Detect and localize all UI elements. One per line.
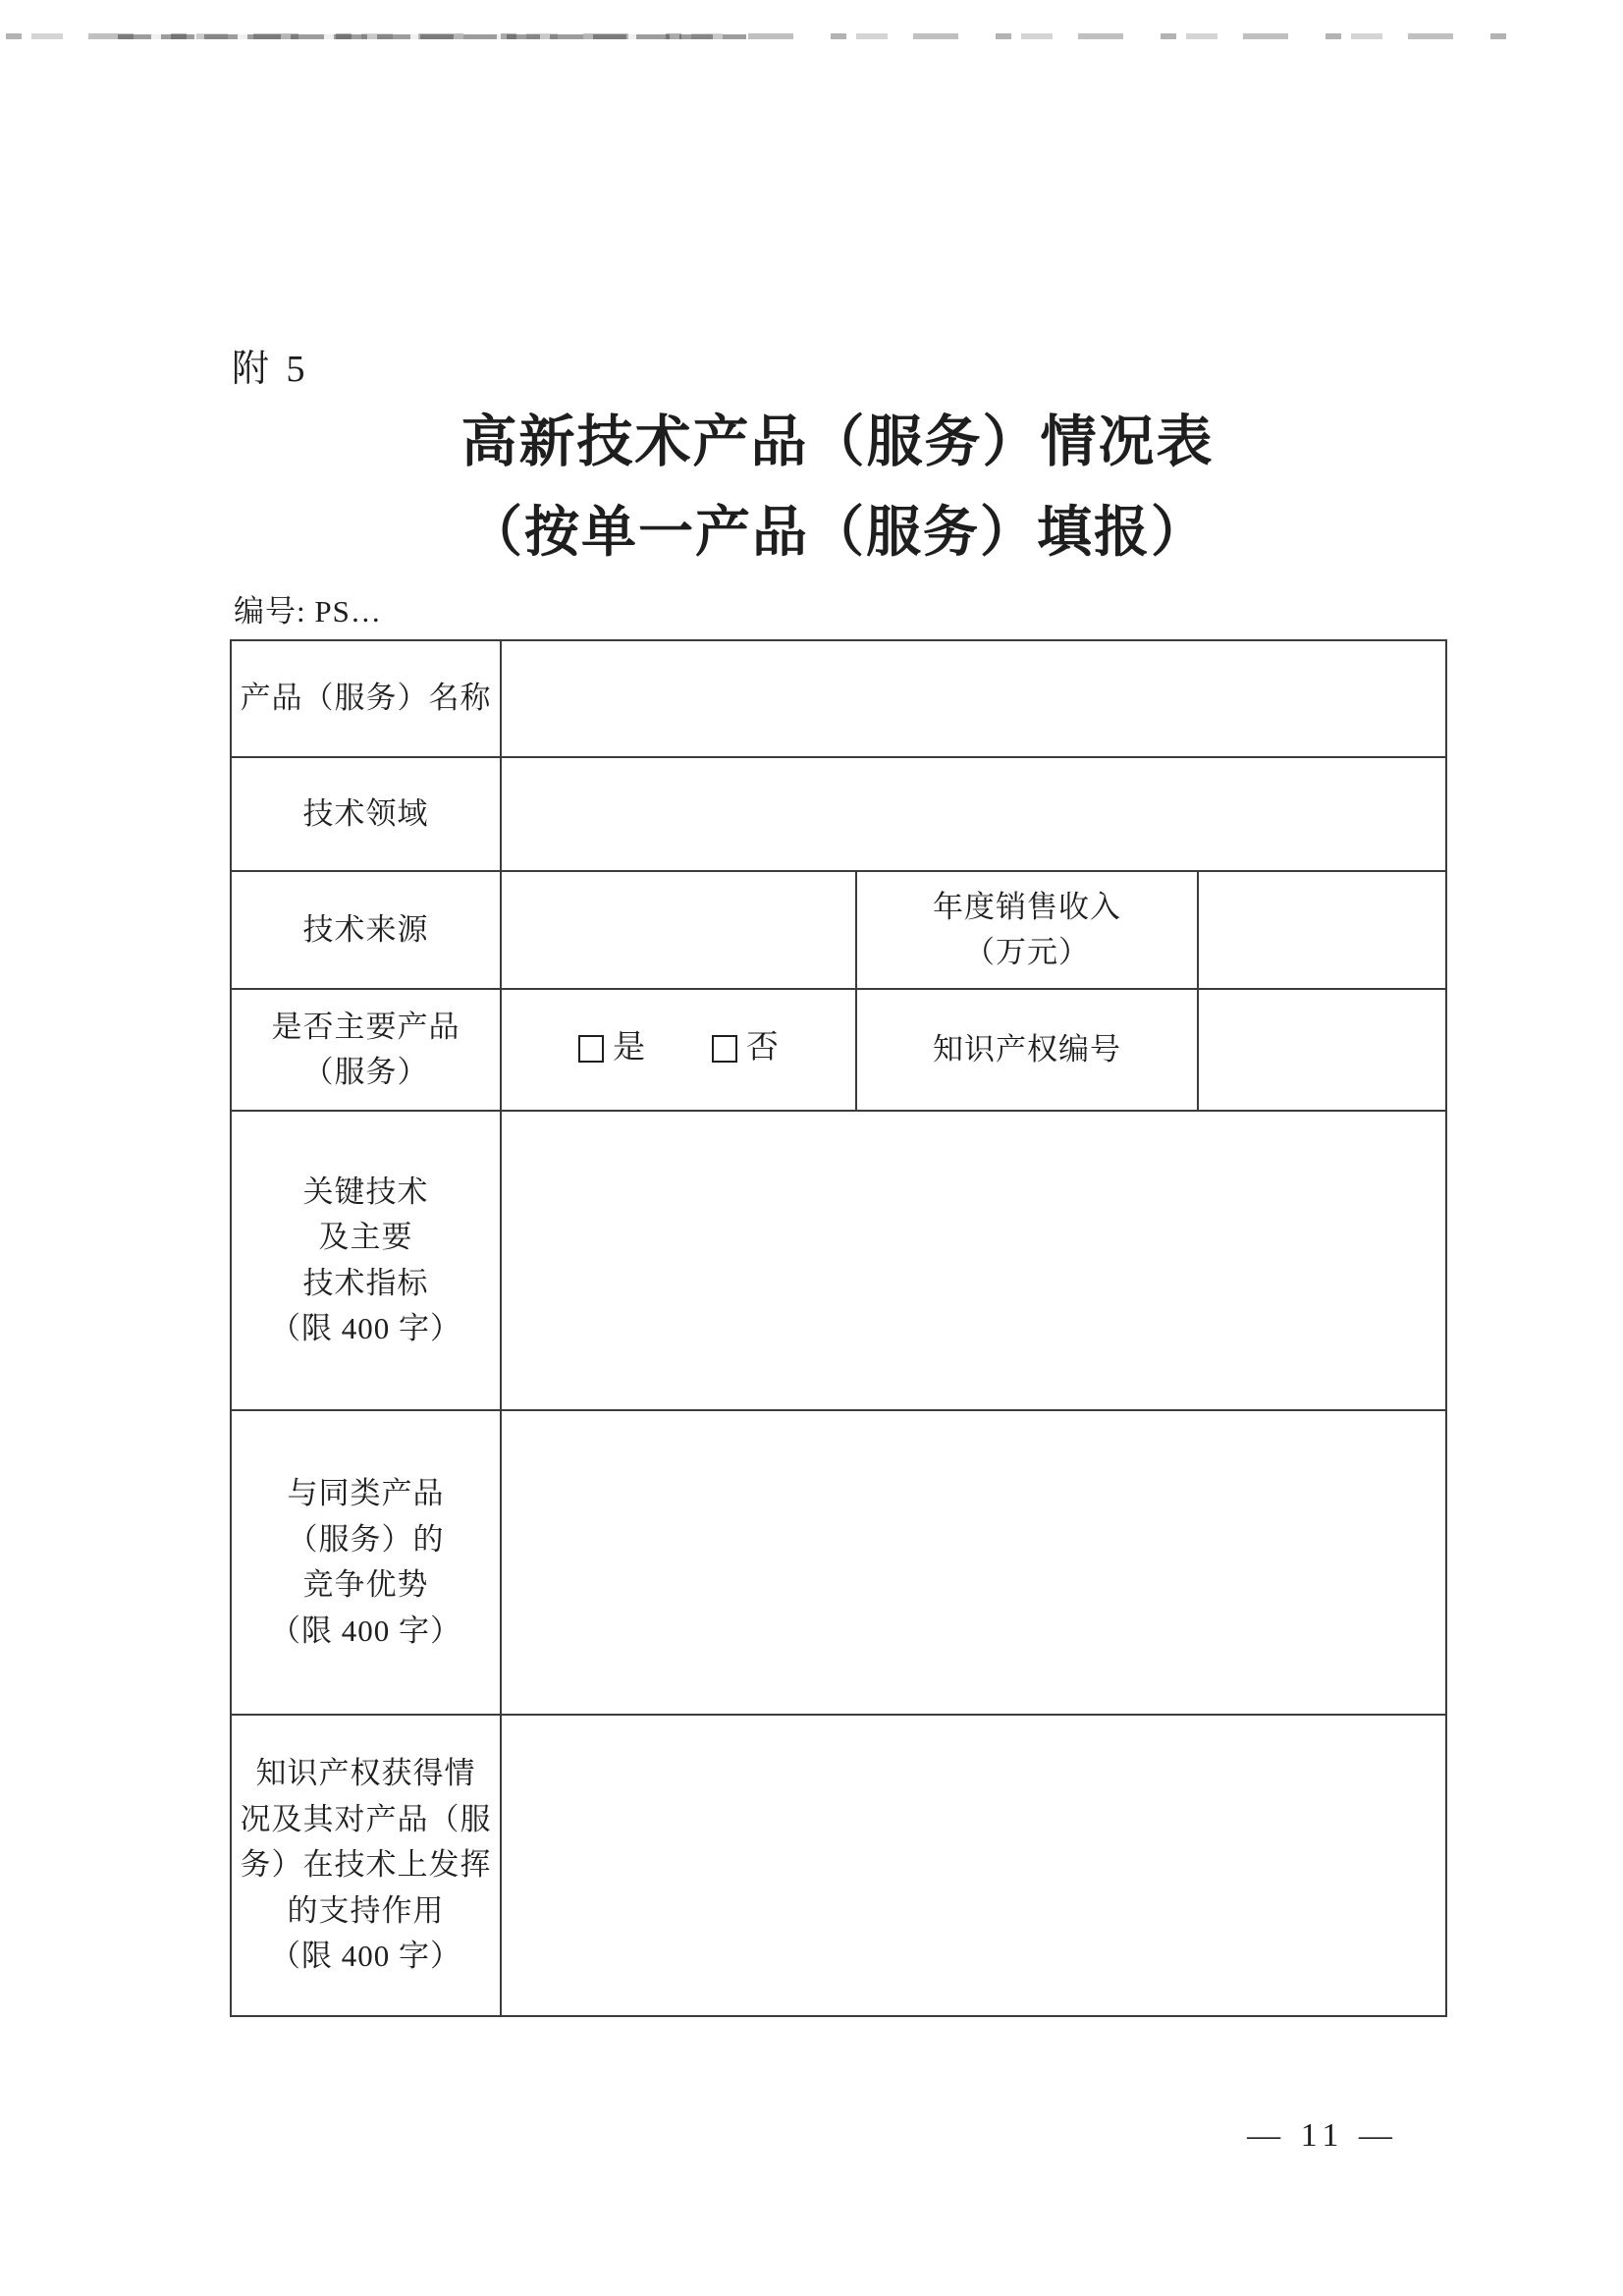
input-technology-source[interactable] [501,871,856,989]
input-annual-sales-revenue[interactable] [1198,871,1446,989]
input-ip-number[interactable] [1198,989,1446,1111]
document-title: 高新技术产品（服务）情况表 （按单一产品（服务）填报） [230,414,1445,561]
row-label-technology-source: 技术来源 [231,871,501,989]
table-row: 是否主要产品 （服务） 是 否 知识产权编号 [231,989,1446,1111]
input-competitive-advantage[interactable] [501,1410,1446,1715]
title-line-2: （按单一产品（服务）填报） [230,506,1445,561]
row-label-competitive-advantage: 与同类产品 （服务）的 竞争优势 （限 400 字） [231,1410,501,1715]
scan-noise-band-dark [118,34,746,39]
row-label-annual-sales-revenue: 年度销售收入 （万元） [856,871,1198,989]
row-label-product-service-name: 产品（服务）名称 [231,640,501,757]
attachment-label: 附 5 [232,338,309,392]
input-key-technology[interactable] [501,1111,1446,1410]
serial-number-label: 编号: PS… [234,586,382,630]
table-row: 关键技术 及主要 技术指标 （限 400 字） [231,1111,1446,1410]
input-product-service-name[interactable] [501,640,1446,757]
product-service-form-table: 产品（服务）名称 技术领域 技术来源 年度销售收入 （万元） 是否主要产品 （服… [230,639,1447,2017]
document-page: 附 5 高新技术产品（服务）情况表 （按单一产品（服务）填报） 编号: PS… … [0,0,1623,2296]
input-technology-field[interactable] [501,757,1446,871]
row-label-is-main-product: 是否主要产品 （服务） [231,989,501,1111]
table-row: 技术来源 年度销售收入 （万元） [231,871,1446,989]
page-number: — 11 — [1239,2117,1406,2155]
title-line-1: 高新技术产品（服务）情况表 [230,414,1445,470]
checkbox-no-label: 否 [746,1024,779,1073]
checkbox-yes-label: 是 [613,1024,645,1073]
table-row: 与同类产品 （服务）的 竞争优势 （限 400 字） [231,1410,1446,1715]
table-row: 产品（服务）名称 [231,640,1446,757]
checkbox-option-no[interactable]: 否 [712,1024,779,1073]
table-row: 技术领域 [231,757,1446,871]
row-label-ip-acquisition-support: 知识产权获得情 况及其对产品（服 务）在技术上发挥 的支持作用 （限 400 字… [231,1715,501,2016]
checkbox-no-icon[interactable] [712,1035,737,1063]
input-ip-acquisition-support[interactable] [501,1715,1446,2016]
checkbox-yes-icon[interactable] [578,1035,604,1063]
main-product-checkbox-cell: 是 否 [501,989,856,1111]
row-label-technology-field: 技术领域 [231,757,501,871]
table-row: 知识产权获得情 况及其对产品（服 务）在技术上发挥 的支持作用 （限 400 字… [231,1715,1446,2016]
row-label-key-technology: 关键技术 及主要 技术指标 （限 400 字） [231,1111,501,1410]
row-label-ip-number: 知识产权编号 [856,989,1198,1111]
checkbox-option-yes[interactable]: 是 [578,1024,645,1073]
